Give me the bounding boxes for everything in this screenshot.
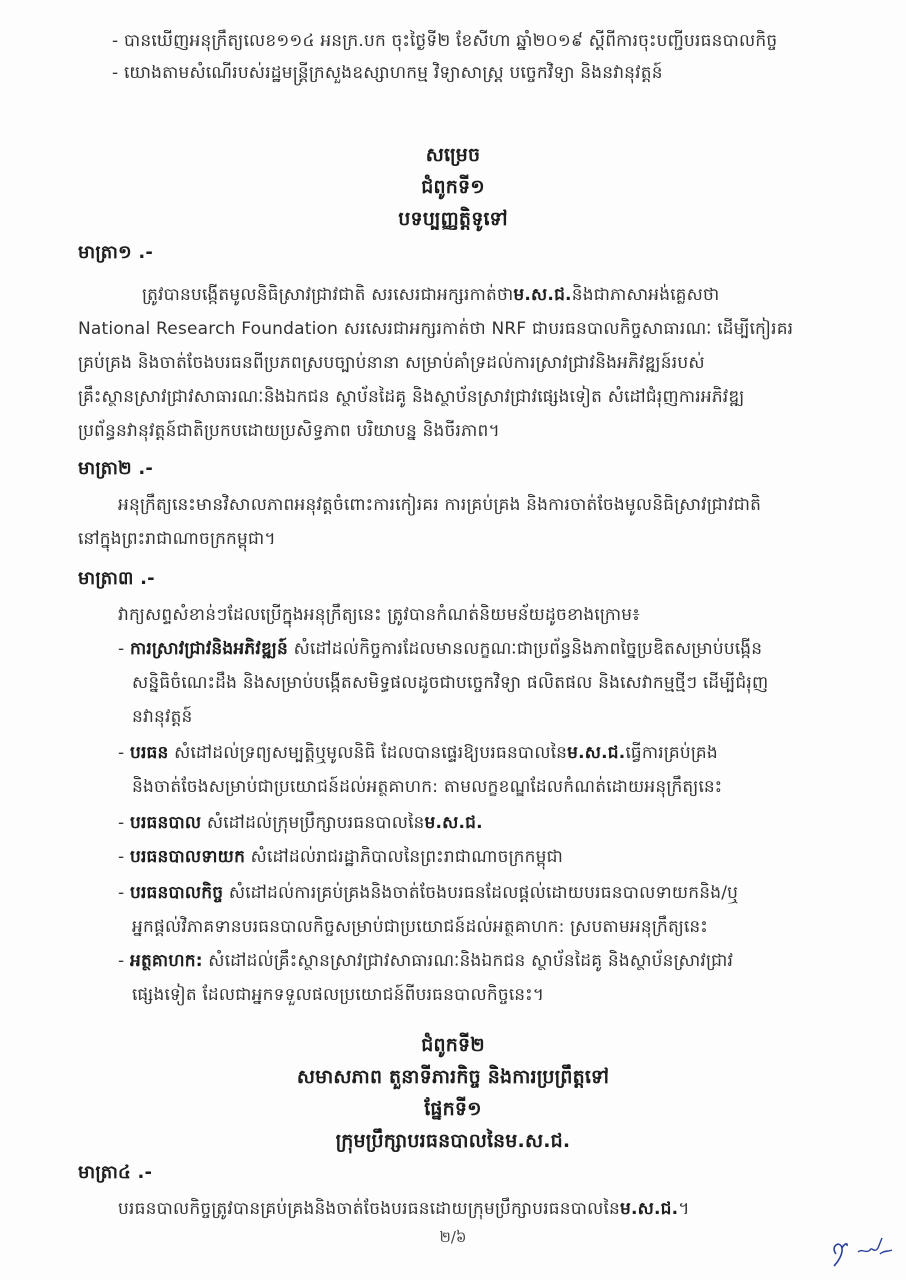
definition-research: - ការស្រាវជ្រាវនិងអភិវឌ្ឍន៍ សំដៅដល់កិច្ច… [118,636,762,662]
definition-fund: - បរធន សំដៅដល់ទ្រព្យសម្បត្តិឬមូលនិធិ ដែល… [118,740,718,766]
article3-intro: វាក្យសព្ទសំខាន់ៗដែលប្រើក្នុងអនុក្រឹត្យនេ… [118,602,640,628]
definition-trustee: - បរធនបាល សំដៅដល់ក្រុមប្រឹក្សាបរធនបាលនៃម… [118,810,483,836]
article1-line-3: គ្រប់គ្រង និងចាត់ចែងបរធនពីប្រភពស្របច្បាប… [78,350,705,376]
article3-heading: មាត្រា៣ .- [78,566,155,592]
definition-beneficiary: - អត្ថគាហក: សំដៅដល់គ្រឹះស្ថានស្រាវជ្រាវស… [118,948,733,974]
decision-heading: សម្រេច [0,142,906,168]
article2-line-1: អនុក្រឹត្យនេះមានវិសាលភាពអនុវត្តចំពោះការក… [118,492,761,518]
definition-research-line-2: សន្និធិចំណេះដឹង និងសម្រាប់បង្កើតសមិទ្ធផល… [132,670,768,696]
article1-heading: មាត្រា១ .- [78,240,153,266]
section1-title: ក្រុមប្រឹក្សាបរធនបាលនៃម.ស.ជ. [0,1128,906,1154]
preamble-line-1: - បានឃើញអនុក្រឹត្យលេខ១១៤ អនក្រ.បក ចុះថ្ង… [112,28,777,54]
term-settlor: បរធនបាលទាយក [130,847,245,867]
preamble-line-2: - យោងតាមសំណើរបស់រដ្ឋមន្ត្រីក្រសួងឧស្សាហក… [112,60,663,86]
article1-line-5: ប្រព័ន្ធនវានុវត្តន៍ជាតិប្រកបដោយប្រសិទ្ធភ… [78,418,500,444]
chapter2-title: សមាសភាព តួនាទីភារកិច្ច និងការប្រព្រឹត្តទ… [0,1064,906,1090]
article1-text: ត្រូវបានបង្កើតមូលនិធិស្រាវជ្រាវជាតិ សរសេ… [142,285,513,305]
term-trusteeship: បរធនបាលកិច្ច [130,883,223,903]
signature-initials-icon [828,1232,898,1268]
definition-fund-line-2: និងចាត់ចែងសម្រាប់ជាប្រយោជន៍ដល់អត្ថគាហក: … [132,774,722,800]
page-number: ២/៦ [0,1228,906,1250]
article4-text: បរធនបាលកិច្ចត្រូវបានគ្រប់គ្រងនិងចាត់ចែងប… [118,1196,690,1222]
definition-settlor: - បរធនបាលទាយក សំដៅដល់រាជរដ្ឋាភិបាលនៃព្រះ… [118,844,563,870]
definition-trusteeship: - បរធនបាលកិច្ច សំដៅដល់ការគ្រប់គ្រងនិងចាត… [118,880,738,906]
term-research-development: ការស្រាវជ្រាវនិងអភិវឌ្ឍន៍ [130,639,288,659]
document-page: - បានឃើញអនុក្រឹត្យលេខ១១៤ អនក្រ.បក ចុះថ្ង… [0,0,906,1280]
term-trustee: បរធនបាល [130,813,201,833]
article1-line-2: National Research Foundation សរសេរជាអក្ស… [78,316,793,342]
definition-research-line-3: នវានុវត្តន៍ [132,704,193,730]
chapter1-title: បទប្បញ្ញត្តិទូទៅ [0,206,906,232]
term-beneficiary: អត្ថគាហក: [130,951,203,971]
article2-line-2: នៅក្នុងព្រះរាជាណាចក្រកម្ពុជា។ [78,526,276,552]
definition-beneficiary-line-2: ផ្សេងទៀត ដែលជាអ្នកទទួលផលប្រយោជន៍ពីបរធនបា… [132,982,544,1008]
chapter2-label: ជំពូកទី២ [0,1032,906,1058]
section1-label: ផ្នែកទី១ [0,1096,906,1122]
article1-text-cont: និងជាភាសាអង់គ្លេសថា [572,285,720,305]
article2-heading: មាត្រា២ .- [78,456,153,482]
article1-line-1: ត្រូវបានបង្កើតមូលនិធិស្រាវជ្រាវជាតិ សរសេ… [142,282,719,308]
article4-heading: មាត្រា៤ .- [78,1160,152,1186]
definition-trusteeship-line-2: អ្នកផ្តល់វិភាគទានបរធនបាលកិច្ចសម្រាប់ជាប្… [132,914,708,940]
abbreviation: ម.ស.ជ. [513,285,571,305]
chapter1-label: ជំពូកទី១ [0,174,906,200]
article1-line-4: គ្រឹះស្ថានស្រាវជ្រាវសាធារណៈនិងឯកជន ស្ថាប… [78,384,744,410]
term-fund: បរធន [130,743,169,763]
